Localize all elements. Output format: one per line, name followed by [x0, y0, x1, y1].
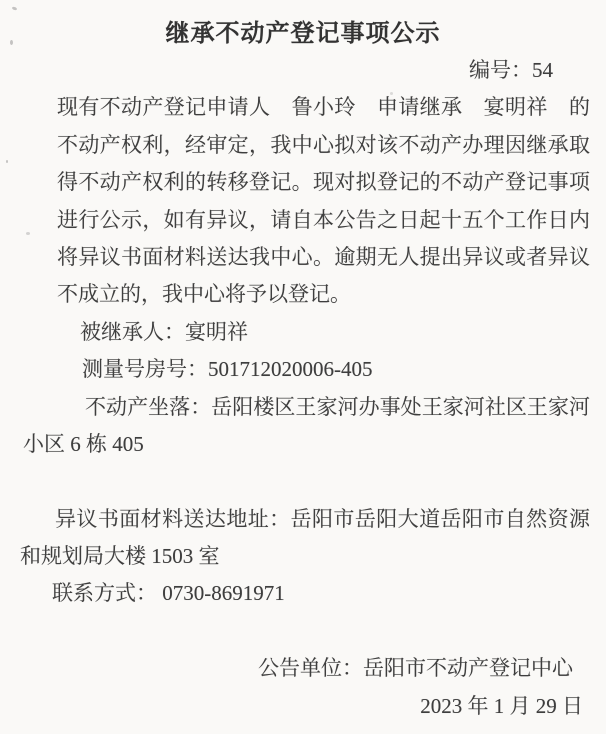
- body-line-6: 不成立的，我中心将予以登记。: [57, 276, 590, 313]
- property-location-line-1: 不动产坐落：岳阳楼区王家河办事处王家河社区王家河: [85, 389, 590, 426]
- body-line-3: 得不动产权利的转移登记。现对拟登记的不动产登记事项: [57, 164, 590, 201]
- date-line: 2023 年 1 月 29 日: [0, 688, 606, 725]
- notice-title: 继承不动产登记事项公示: [0, 14, 606, 52]
- scan-speck: [26, 232, 30, 235]
- body-line-2: 不动产权利，经审定，我中心拟对该不动产办理因继承取: [57, 127, 590, 164]
- survey-number-line: 测量号房号：501712020006-405: [82, 351, 606, 388]
- objection-address-line-2: 和规划局大楼 1503 室: [20, 538, 606, 575]
- scan-speck: [12, 6, 18, 11]
- body-line-4: 进行公示，如有异议，请自本公告之日起十五个工作日内: [57, 202, 590, 239]
- scan-speck: [6, 160, 8, 163]
- doc-number: 编号：54: [0, 52, 606, 89]
- objection-address-line-1: 异议书面材料送达地址：岳阳市岳阳大道岳阳市自然资源: [55, 501, 590, 538]
- contact-line: 联系方式： 0730-8691971: [52, 575, 606, 612]
- issuer-line: 公告单位：岳阳市不动产登记中心: [0, 650, 606, 687]
- body-line-1: 现有不动产登记申请人 鲁小玲 申请继承 宴明祥 的: [57, 89, 590, 126]
- scan-speck: [10, 40, 13, 45]
- scan-speck: [390, 92, 393, 95]
- scanned-notice-page: 继承不动产登记事项公示 编号：54 现有不动产登记申请人 鲁小玲 申请继承 宴明…: [0, 0, 606, 734]
- decedent-line: 被继承人：宴明祥: [80, 314, 606, 351]
- property-location-line-2: 小区 6 栋 405: [23, 426, 606, 463]
- body-line-5: 将异议书面材料送达我中心。逾期无人提出异议或者异议: [57, 239, 590, 276]
